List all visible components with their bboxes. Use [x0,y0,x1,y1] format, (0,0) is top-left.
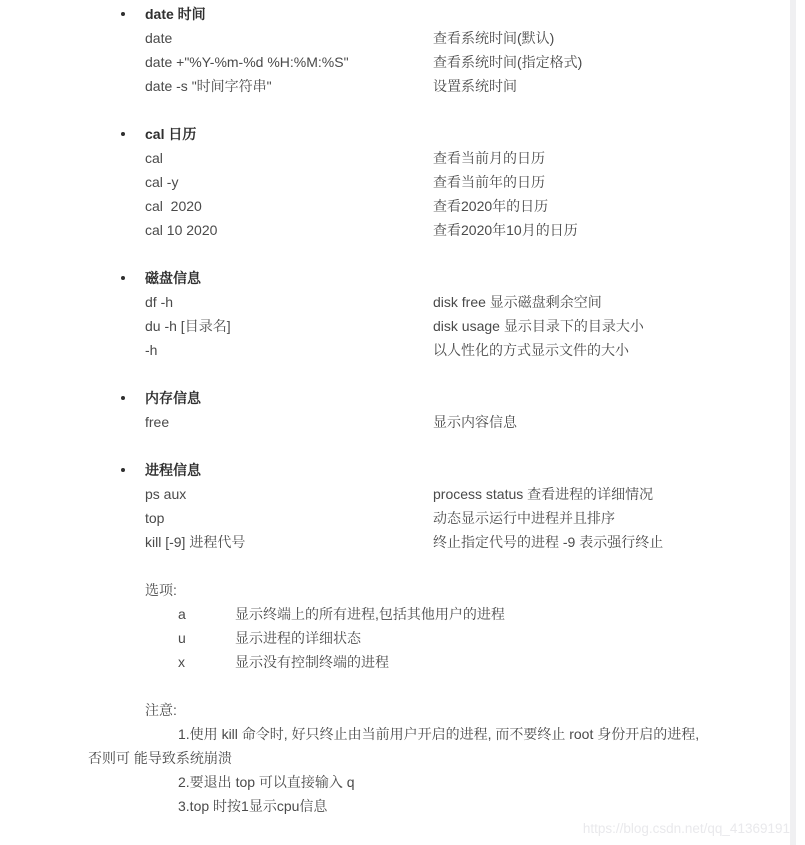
command-row: ps aux process status 查看进程的详细情况 [0,482,805,506]
command-text: cal -y [145,170,433,194]
section-title: cal 日历 [145,126,196,142]
command-description: 查看当前年的日历 [433,170,545,194]
options-block: 选项: a 显示终端上的所有进程,包括其他用户的进程 u 显示进程的详细状态 x… [0,578,805,674]
option-key: u [178,626,235,650]
section-heading: date 时间 [0,2,805,26]
command-row: cal 2020 查看2020年的日历 [0,194,805,218]
csdn-watermark: https://blog.csdn.net/qq_41369191 [583,821,790,837]
option-description: 显示终端上的所有进程,包括其他用户的进程 [235,602,505,626]
command-text: top [145,506,433,530]
command-row: date +"%Y-%m-%d %H:%M:%S" 查看系统时间(指定格式) [0,50,805,74]
section-cal: cal 日历 cal 查看当前月的日历 cal -y 查看当前年的日历 cal … [0,122,805,242]
command-description: 终止指定代号的进程 -9 表示强行终止 [433,530,663,554]
command-row: -h 以人性化的方式显示文件的大小 [0,338,805,362]
command-text: date +"%Y-%m-%d %H:%M:%S" [145,50,433,74]
list-bullet-icon [121,132,125,136]
command-description: 查看2020年的日历 [433,194,548,218]
command-text: cal 2020 [145,194,433,218]
command-row: free 显示内容信息 [0,410,805,434]
options-label: 选项: [0,578,805,602]
section-title: date 时间 [145,6,206,22]
note-line-1-continued: 否则可 能导致系统崩溃 [0,746,805,770]
command-description: 设置系统时间 [433,74,517,98]
command-description: 查看2020年10月的日历 [433,218,578,242]
list-bullet-icon [121,468,125,472]
section-heading: 磁盘信息 [0,266,805,290]
option-row: u 显示进程的详细状态 [0,626,805,650]
section-heading: 内存信息 [0,386,805,410]
section-memory: 内存信息 free 显示内容信息 [0,386,805,434]
command-text: date -s "时间字符串" [145,74,433,98]
command-text: cal [145,146,433,170]
list-bullet-icon [121,396,125,400]
note-line-1: 1.使用 kill 命令时, 好只终止由当前用户开启的进程, 而不要终止 roo… [0,722,805,746]
command-row: kill [-9] 进程代号 终止指定代号的进程 -9 表示强行终止 [0,530,805,554]
command-text: free [145,410,433,434]
note-line-2: 2.要退出 top 可以直接输入 q [0,770,805,794]
command-description: 查看系统时间(指定格式) [433,50,582,74]
command-text: ps aux [145,482,433,506]
command-description: 查看系统时间(默认) [433,26,554,50]
option-key: x [178,650,235,674]
article-content: date 时间 date 查看系统时间(默认) date +"%Y-%m-%d … [0,0,805,818]
notes-label: 注意: [0,698,805,722]
command-description: 以人性化的方式显示文件的大小 [433,338,629,362]
scrollbar-track[interactable] [790,0,796,845]
command-description: 动态显示运行中进程并且排序 [433,506,615,530]
command-description: disk free 显示磁盘剩余空间 [433,290,602,314]
section-heading: cal 日历 [0,122,805,146]
command-description: 显示内容信息 [433,410,517,434]
section-heading: 进程信息 [0,458,805,482]
command-description: disk usage 显示目录下的目录大小 [433,314,644,338]
command-row: cal 查看当前月的日历 [0,146,805,170]
option-row: x 显示没有控制终端的进程 [0,650,805,674]
notes-block: 注意: 1.使用 kill 命令时, 好只终止由当前用户开启的进程, 而不要终止… [0,698,805,818]
list-bullet-icon [121,276,125,280]
note-line-3: 3.top 时按1显示cpu信息 [0,794,805,818]
option-description: 显示进程的详细状态 [235,626,361,650]
option-row: a 显示终端上的所有进程,包括其他用户的进程 [0,602,805,626]
command-row: cal 10 2020 查看2020年10月的日历 [0,218,805,242]
option-description: 显示没有控制终端的进程 [235,650,389,674]
section-title: 内存信息 [145,390,201,406]
command-text: df -h [145,290,433,314]
command-description: 查看当前月的日历 [433,146,545,170]
command-text: -h [145,338,433,362]
list-bullet-icon [121,12,125,16]
section-process: 进程信息 ps aux process status 查看进程的详细情况 top… [0,458,805,554]
command-text: cal 10 2020 [145,218,433,242]
blog-article-page: date 时间 date 查看系统时间(默认) date +"%Y-%m-%d … [0,0,805,845]
command-row: top 动态显示运行中进程并且排序 [0,506,805,530]
command-row: date -s "时间字符串" 设置系统时间 [0,74,805,98]
command-row: du -h [目录名] disk usage 显示目录下的目录大小 [0,314,805,338]
section-title: 进程信息 [145,462,201,478]
command-text: date [145,26,433,50]
command-description: process status 查看进程的详细情况 [433,482,653,506]
section-disk: 磁盘信息 df -h disk free 显示磁盘剩余空间 du -h [目录名… [0,266,805,362]
option-key: a [178,602,235,626]
section-date: date 时间 date 查看系统时间(默认) date +"%Y-%m-%d … [0,2,805,98]
command-row: df -h disk free 显示磁盘剩余空间 [0,290,805,314]
command-row: cal -y 查看当前年的日历 [0,170,805,194]
command-row: date 查看系统时间(默认) [0,26,805,50]
command-text: du -h [目录名] [145,314,433,338]
section-title: 磁盘信息 [145,270,201,286]
command-text: kill [-9] 进程代号 [145,530,433,554]
